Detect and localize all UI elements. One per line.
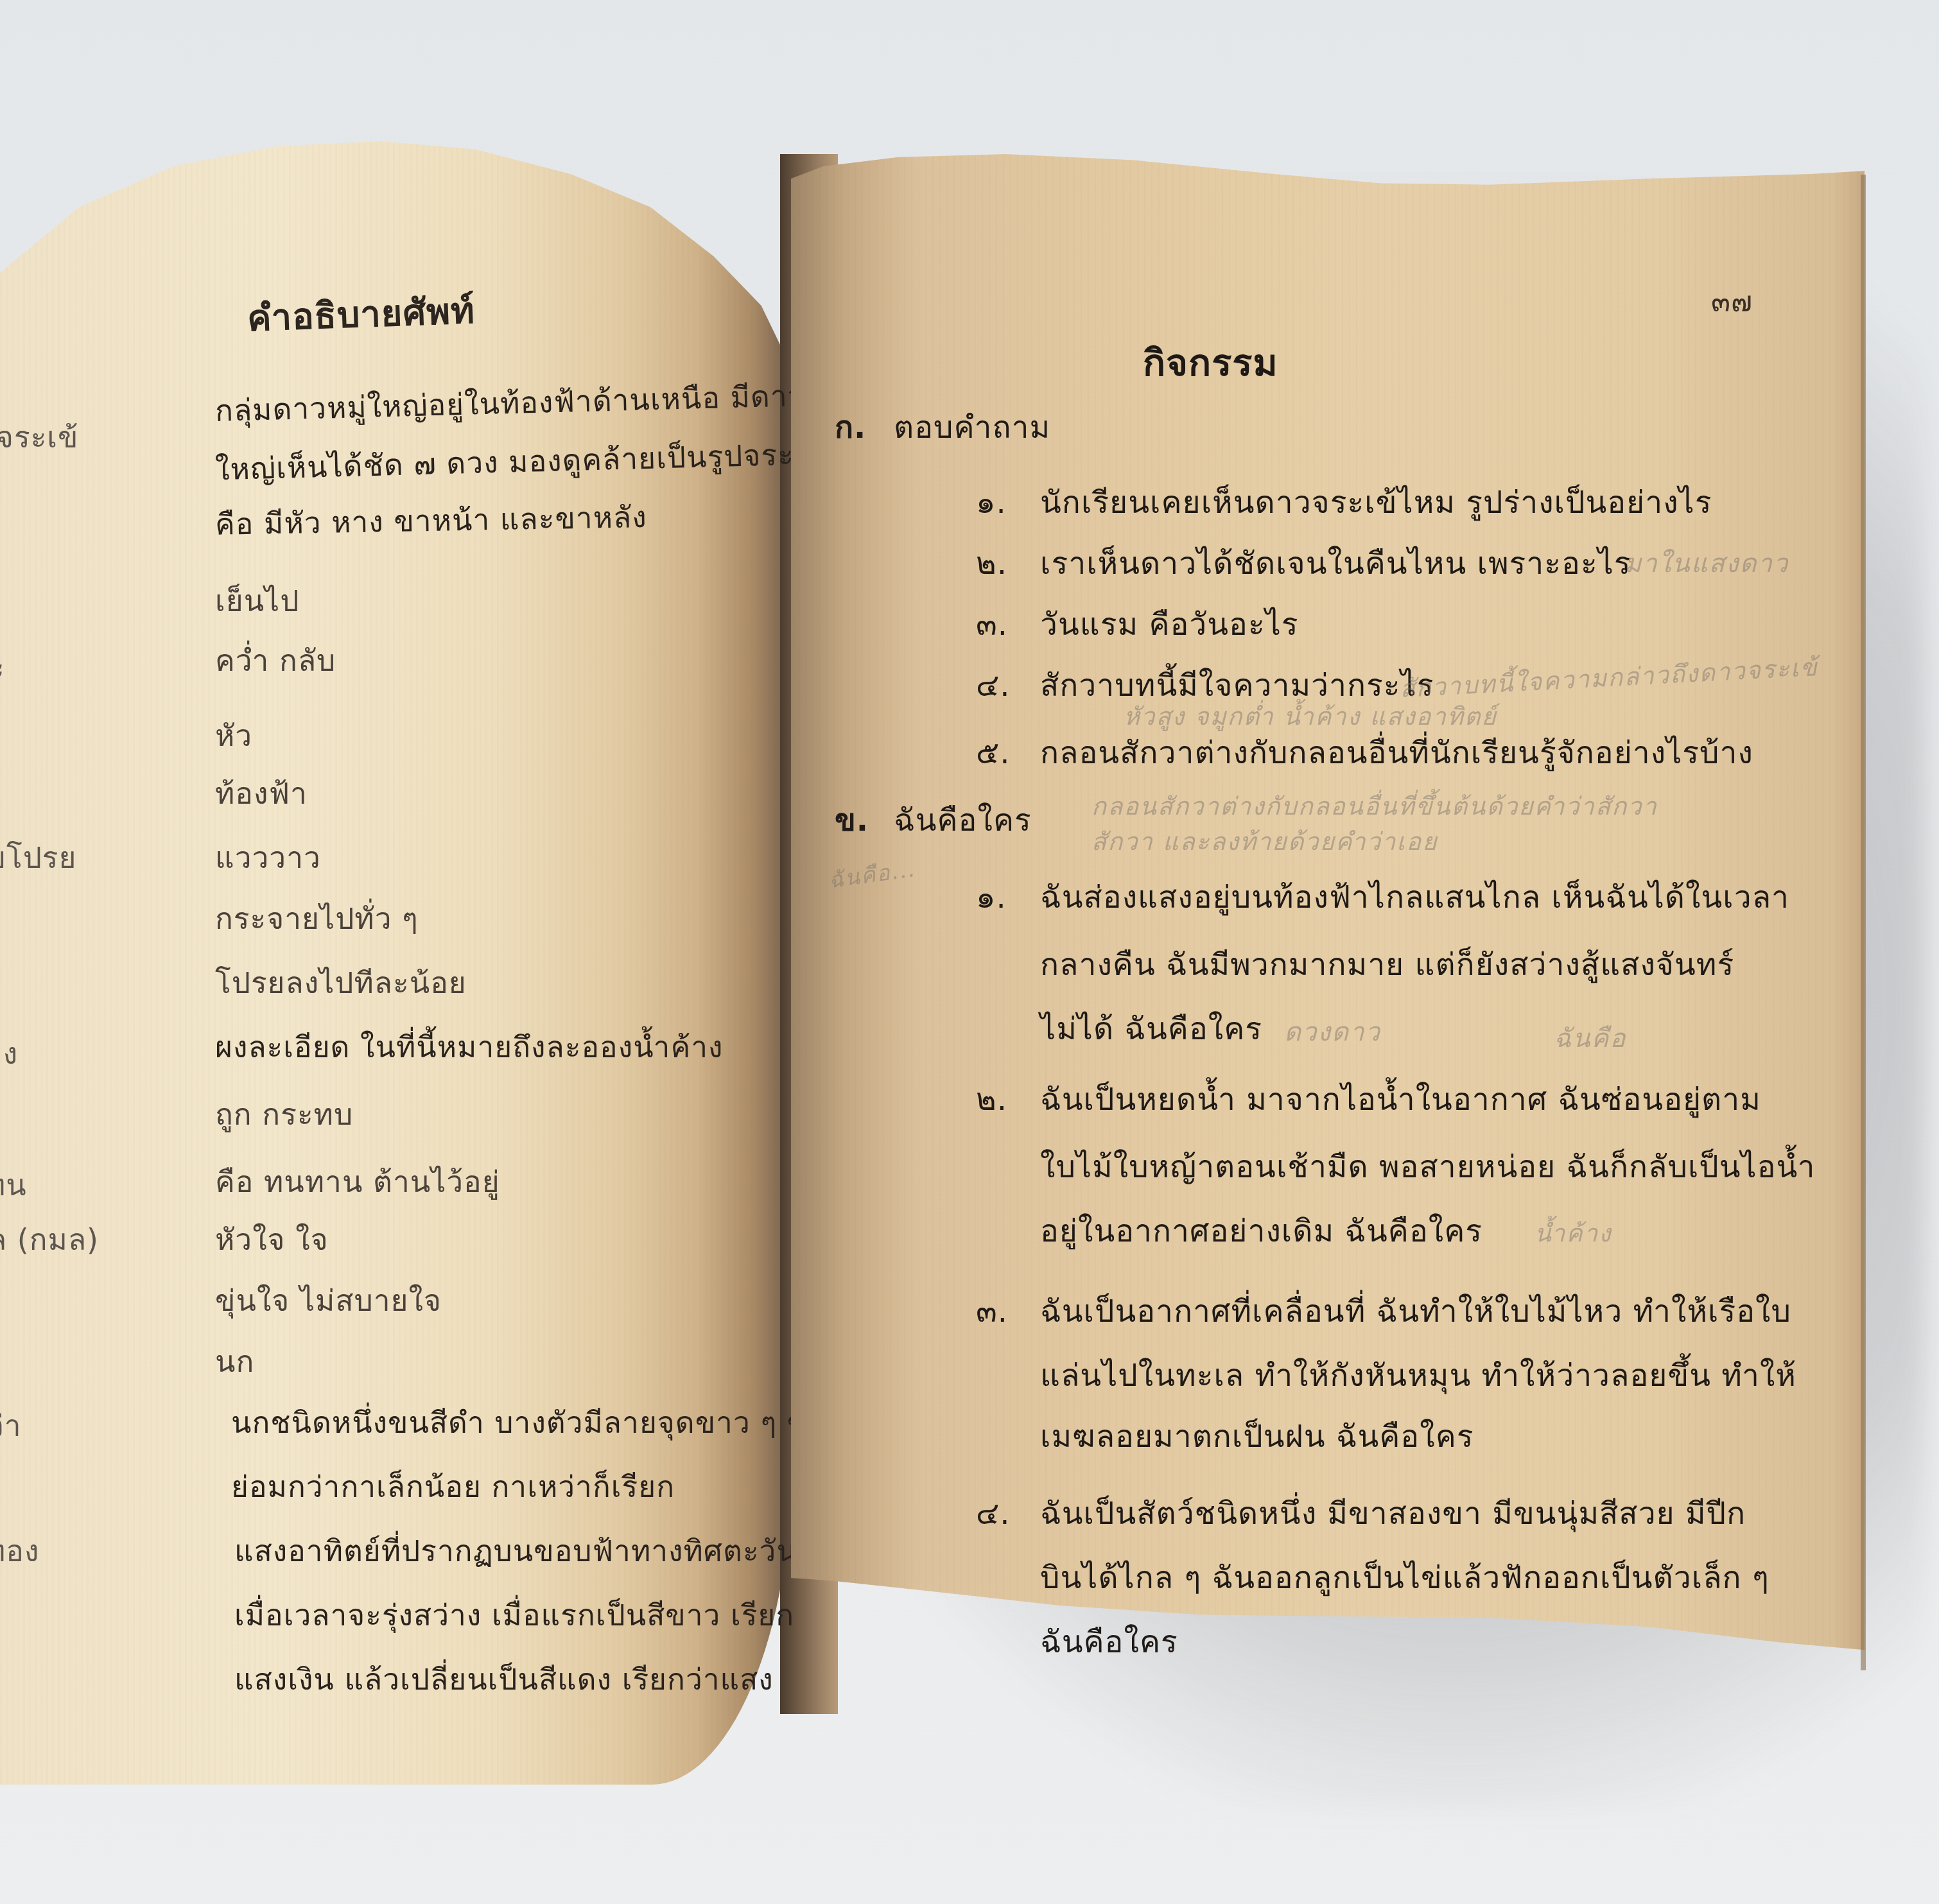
pencil-note: มาในแสงดาว xyxy=(1624,542,1789,584)
question-number: ๓. xyxy=(976,600,1040,649)
riddle-number: ๑. xyxy=(976,873,1040,922)
section-b-heading: ข.ฉันคือใคร xyxy=(835,796,1032,845)
definition: กระจายไปทั่ว ๆ xyxy=(215,896,419,942)
definition: ขุ่นใจ ไม่สบายใจ xyxy=(215,1277,442,1324)
riddle-line: อยู่ในอากาศอย่างเดิม ฉันคือใคร xyxy=(1040,1207,1483,1256)
question: ๓.วันแรม คือวันอะไร xyxy=(976,600,1299,649)
question-number: ๕. xyxy=(976,729,1040,777)
riddle-line: ไม่ได้ ฉันคือใคร xyxy=(1040,1005,1262,1053)
definition: แสงอาทิตย์ที่ปรากฏบนขอบฟ้าทางทิศตะวันออก xyxy=(234,1528,853,1575)
definition: หัว xyxy=(215,713,252,759)
page-number: ๓๗ xyxy=(1711,279,1753,324)
riddle-number: ๒. xyxy=(976,1075,1040,1124)
riddle-line: ๔.ฉันเป็นสัตว์ชนิดหนึ่ง มีขาสองขา มีขนนุ… xyxy=(976,1489,1746,1538)
question-number: ๑. xyxy=(976,478,1040,527)
right-page-edge xyxy=(1861,175,1866,1670)
riddle-text: ฉันเป็นสัตว์ชนิดหนึ่ง มีขาสองขา มีขนนุ่ม… xyxy=(1040,1496,1746,1532)
pencil-note: น้ำค้าง xyxy=(1535,1213,1612,1252)
term-cut: า xyxy=(0,1348,3,1395)
definition: คว่ำ กลับ xyxy=(215,637,336,684)
pencil-note: หัวสูง จมูกต่ำ น้ำค้าง แสงอาทิตย์ xyxy=(1124,697,1497,736)
photo-scene: คำอธิบายศัพท์ จระเข้ ะ ) ยโปรย อง ทน ล (… xyxy=(0,0,1939,1904)
riddle-line: ๑.ฉันส่องแสงอยู่บนท้องฟ้าไกลแสนไกล เห็นฉ… xyxy=(976,873,1789,922)
riddle-number: ๓. xyxy=(976,1287,1040,1336)
definition: แสงเงิน แล้วเปลี่ยนเป็นสีแดง เรียกว่าแสง xyxy=(234,1656,774,1703)
term-cut: ง xyxy=(0,1287,1,1334)
term-cut: ว่า xyxy=(0,1403,22,1450)
pencil-note: ดวงดาว xyxy=(1284,1011,1381,1052)
definition: คือ ทนทาน ต้านไว้อยู่ xyxy=(215,1159,500,1206)
section-a-marker: ก. xyxy=(835,403,894,452)
question-text: กลอนสักวาต่างกับกลอนอื่นที่นักเรียนรู้จั… xyxy=(1040,735,1753,771)
term-cut: ทน xyxy=(0,1162,27,1209)
term-cut: อง xyxy=(0,1030,18,1077)
term-cut: ะ xyxy=(0,645,5,692)
question: ๕.กลอนสักวาต่างกับกลอนอื่นที่นักเรียนรู้… xyxy=(976,729,1753,777)
definition: ท้องฟ้า xyxy=(215,770,308,817)
definition: คือ มีหัว หาง ขาหน้า และขาหลัง xyxy=(214,494,647,548)
definition: นก xyxy=(215,1338,254,1385)
riddle-line: ฉันคือใคร xyxy=(1040,1618,1178,1666)
definition: เย็นไป xyxy=(215,578,299,625)
definition: ย่อมกว่ากาเล็กน้อย กาเหว่าก็เรียก xyxy=(231,1464,675,1510)
question-text: นักเรียนเคยเห็นดาวจระเข้ไหม รูปร่างเป็นอ… xyxy=(1040,485,1712,521)
definition: เมื่อเวลาจะรุ่งสว่าง เมื่อแรกเป็นสีขาว เ… xyxy=(234,1592,794,1639)
question-number: ๒. xyxy=(976,539,1040,588)
riddle-line: ๒.ฉันเป็นหยดน้ำ มาจากไอน้ำในอากาศ ฉันซ่อ… xyxy=(976,1075,1761,1124)
pencil-note: สักวา และลงท้ายด้วยคำว่าเอย xyxy=(1091,822,1438,861)
riddle-line: เมฆลอยมาตกเป็นฝน ฉันคือใคร xyxy=(1040,1412,1474,1461)
riddle-line: บินได้ไกล ๆ ฉันออกลูกเป็นไข่แล้วฟักออกเป… xyxy=(1040,1553,1769,1602)
term-cut: ล (กมล) xyxy=(0,1216,99,1263)
question-number: ๔. xyxy=(976,661,1040,710)
riddle-line: กลางคืน ฉันมีพวกมากมาย แต่ก็ยังสว่างสู้แ… xyxy=(1040,940,1734,989)
riddle-line: ใบไม้ใบหญ้าตอนเช้ามืด พอสายหน่อย ฉันก็กล… xyxy=(1040,1143,1815,1191)
riddle-text: ฉันเป็นหยดน้ำ มาจากไอน้ำในอากาศ ฉันซ่อนอ… xyxy=(1040,1082,1761,1118)
section-b-label: ฉันคือใคร xyxy=(894,802,1032,838)
definition: แวววาว xyxy=(215,835,321,881)
definition: นกชนิดหนึ่งขนสีดำ บางตัวมีลายจุดขาว ๆ ขน xyxy=(231,1399,829,1446)
definition: ผงละเอียด ในที่นี้หมายถึงละอองน้ำค้าง xyxy=(215,1024,723,1071)
definition: ถูก กระทบ xyxy=(215,1091,353,1138)
section-a-label: ตอบคำถาม xyxy=(894,410,1050,446)
riddle-number: ๔. xyxy=(976,1489,1040,1538)
section-a-heading: ก.ตอบคำถาม xyxy=(835,403,1050,452)
section-b-marker: ข. xyxy=(835,796,894,845)
riddle-text: ฉันส่องแสงอยู่บนท้องฟ้าไกลแสนไกล เห็นฉัน… xyxy=(1040,879,1789,915)
term-cut: จระเข้ xyxy=(0,414,79,461)
definition: โปรยลงไปทีละน้อย xyxy=(215,960,467,1007)
term-cut: ทอง xyxy=(0,1528,39,1575)
riddle-line: แล่นไปในทะเล ทำให้กังหันหมุน ทำให้ว่าวลอ… xyxy=(1040,1351,1796,1400)
right-page-title: กิจกรรม xyxy=(1143,333,1278,392)
question-text: เราเห็นดาวได้ชัดเจนในคืนไหน เพราะอะไร xyxy=(1040,546,1631,582)
term-cut: ยโปรย xyxy=(0,835,77,881)
question-text: วันแรม คือวันอะไร xyxy=(1040,607,1299,643)
pencil-note: ฉันคือ xyxy=(1554,1017,1626,1059)
question: ๒.เราเห็นดาวได้ชัดเจนในคืนไหน เพราะอะไร xyxy=(976,539,1631,588)
riddle-line: ๓.ฉันเป็นอากาศที่เคลื่อนที่ ฉันทำให้ใบไม… xyxy=(976,1287,1791,1336)
definition: หัวใจ ใจ xyxy=(215,1216,329,1263)
pencil-note: กลอนสักวาต่างกับกลอนอื่นที่ขึ้นต้นด้วยคำ… xyxy=(1091,786,1658,826)
left-page-title: คำอธิบายศัพท์ xyxy=(247,282,476,347)
question: ๑.นักเรียนเคยเห็นดาวจระเข้ไหม รูปร่างเป็… xyxy=(976,478,1712,527)
riddle-text: ฉันเป็นอากาศที่เคลื่อนที่ ฉันทำให้ใบไม้ไ… xyxy=(1040,1294,1791,1329)
